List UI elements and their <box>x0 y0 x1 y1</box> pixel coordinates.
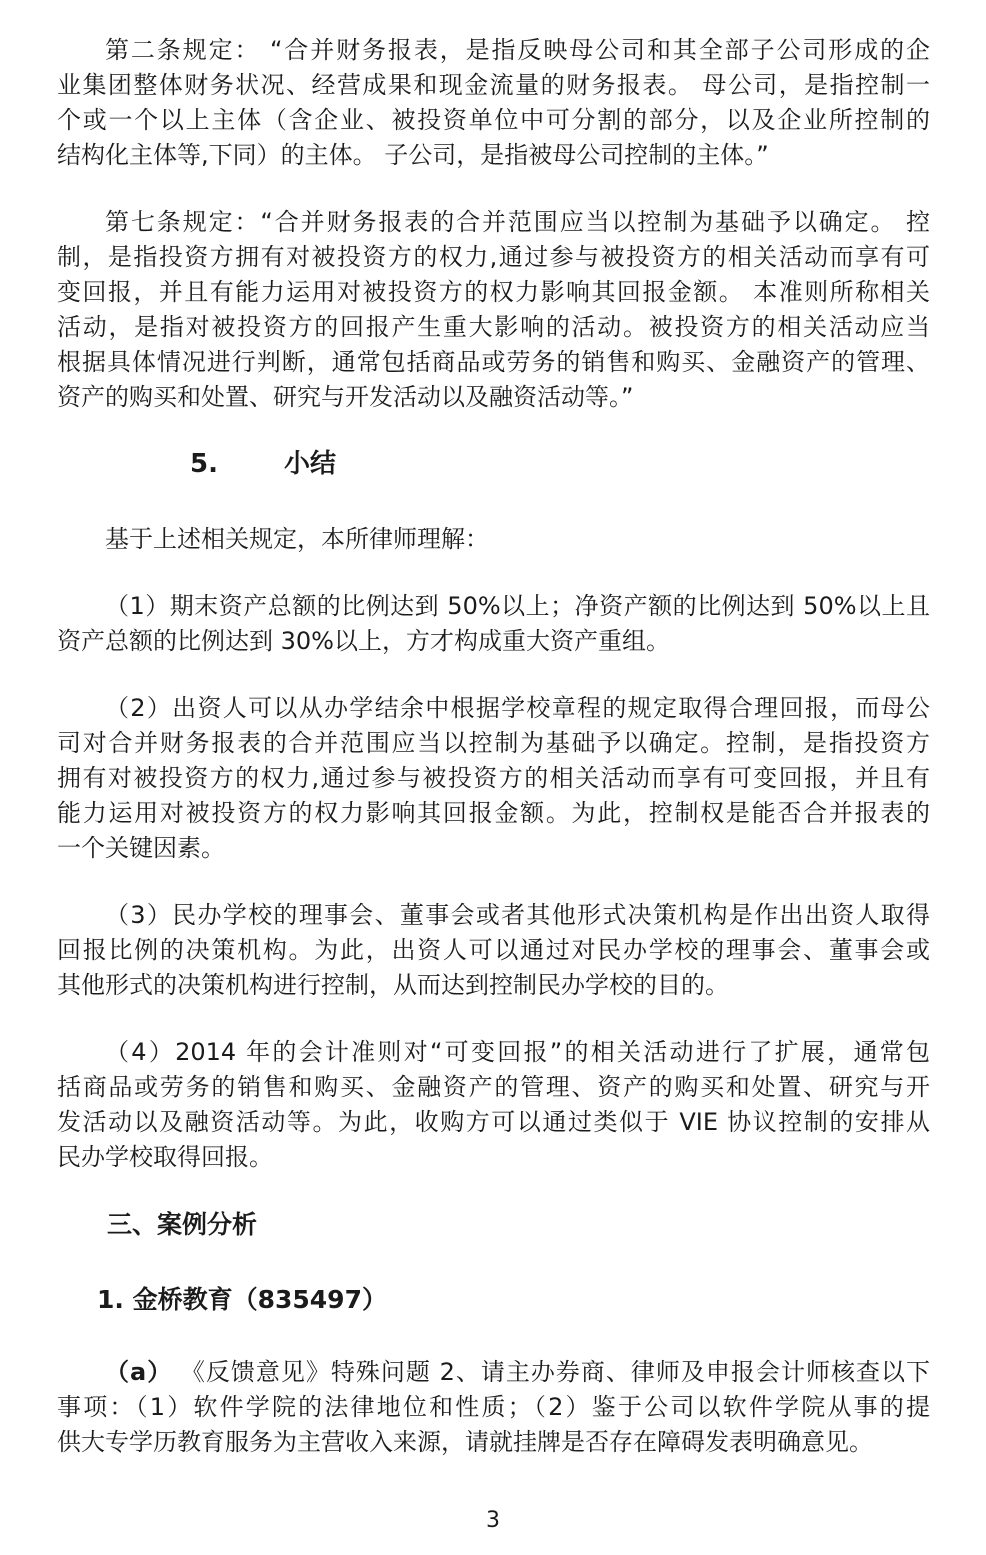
text-line: 拥有对被投资方的权力,通过参与被投资方的相关活动而享有可变回报，并且有 <box>57 761 930 796</box>
text-line: 结构化主体等,下同）的主体。 子公司，是指被母公司控制的主体。” <box>57 138 930 173</box>
text-line: 资产的购买和处置、研究与开发活动以及融资活动等。” <box>57 380 930 415</box>
text-line: 司对合并财务报表的合并范围应当以控制为基础予以确定。控制，是指投资方 <box>57 726 930 761</box>
text-line: 根据具体情况进行判断，通常包括商品或劳务的销售和购买、金融资产的管理、 <box>57 345 930 380</box>
para-article-2: 第二条规定： “合并财务报表，是指反映母公司和其全部子公司形成的企业集团整体财务… <box>57 33 930 173</box>
text-line: 事项：（1）软件学院的法律地位和性质；（2）鉴于公司以软件学院从事的提 <box>57 1390 930 1425</box>
document-page: 第二条规定： “合并财务报表，是指反映母公司和其全部子公司形成的企业集团整体财务… <box>0 0 986 1555</box>
heading-summary: 5.小结 <box>57 447 930 482</box>
text-line: 个或一个以上主体（含企业、被投资单位中可分割的部分，以及企业所控制的 <box>57 103 930 138</box>
text-line: 活动，是指对被投资方的回报产生重大影响的活动。被投资方的相关活动应当 <box>57 310 930 345</box>
text-line: （4）2014 年的会计准则对“可变回报”的相关活动进行了扩展，通常包 <box>57 1035 930 1070</box>
heading-summary-title: 小结 <box>284 449 336 479</box>
text-line: 一个关键因素。 <box>57 831 930 866</box>
text-line: 制，是指投资方拥有对被投资方的权力,通过参与被投资方的相关活动而享有可 <box>57 240 930 275</box>
text-line: 业集团整体财务状况、经营成果和现金流量的财务报表。 母公司，是指控制一 <box>57 68 930 103</box>
para-point-1: （1）期末资产总额的比例达到 50%以上；净资产额的比例达到 50%以上且资产总… <box>57 589 930 659</box>
text-line: （a） 《反馈意见》特殊问题 2、请主办券商、律师及申报会计师核查以下 <box>57 1355 930 1390</box>
page-number: 3 <box>0 1508 986 1533</box>
text-line: 资产总额的比例达到 30%以上，方才构成重大资产重组。 <box>57 624 930 659</box>
text-line: 供大专学历教育服务为主营收入来源，请就挂牌是否存在障碍发表明确意见。 <box>57 1425 930 1460</box>
text-line: 其他形式的决策机构进行控制，从而达到控制民办学校的目的。 <box>57 968 930 1003</box>
text-line: 第七条规定：“合并财务报表的合并范围应当以控制为基础予以确定。 控 <box>57 205 930 240</box>
heading-case-analysis: 三、案例分析 <box>57 1207 930 1242</box>
text-line: （3）民办学校的理事会、董事会或者其他形式决策机构是作出出资人取得 <box>57 898 930 933</box>
para-point-4: （4）2014 年的会计准则对“可变回报”的相关活动进行了扩展，通常包括商品或劳… <box>57 1035 930 1175</box>
text-line: 能力运用对被投资方的权力影响其回报金额。为此，控制权是能否合并报表的 <box>57 796 930 831</box>
heading-jinqiao-education: 1. 金桥教育（835497） <box>57 1282 930 1317</box>
para-article-7: 第七条规定：“合并财务报表的合并范围应当以控制为基础予以确定。 控制，是指投资方… <box>57 205 930 415</box>
para-intro: 基于上述相关规定，本所律师理解： <box>57 522 930 557</box>
heading-summary-number: 5. <box>190 449 218 479</box>
text-line: 回报比例的决策机构。为此，出资人可以通过对民办学校的理事会、董事会或 <box>57 933 930 968</box>
text-line: （2）出资人可以从办学结余中根据学校章程的规定取得合理回报，而母公 <box>57 691 930 726</box>
text-line: 变回报，并且有能力运用对被投资方的权力影响其回报金额。 本准则所称相关 <box>57 275 930 310</box>
text-line: 发活动以及融资活动等。为此，收购方可以通过类似于 VIE 协议控制的安排从 <box>57 1105 930 1140</box>
para-point-3: （3）民办学校的理事会、董事会或者其他形式决策机构是作出出资人取得回报比例的决策… <box>57 898 930 1003</box>
text-line: 基于上述相关规定，本所律师理解： <box>57 522 930 557</box>
paragraph-lead-bold: （a） <box>105 1358 172 1386</box>
text-line: 第二条规定： “合并财务报表，是指反映母公司和其全部子公司形成的企 <box>57 33 930 68</box>
text-line: 民办学校取得回报。 <box>57 1140 930 1175</box>
para-point-2: （2）出资人可以从办学结余中根据学校章程的规定取得合理回报，而母公司对合并财务报… <box>57 691 930 866</box>
para-feedback-opinion: （a） 《反馈意见》特殊问题 2、请主办券商、律师及申报会计师核查以下事项：（1… <box>57 1355 930 1460</box>
text-line: （1）期末资产总额的比例达到 50%以上；净资产额的比例达到 50%以上且 <box>57 589 930 624</box>
text-line: 括商品或劳务的销售和购买、金融资产的管理、资产的购买和处置、研究与开 <box>57 1070 930 1105</box>
